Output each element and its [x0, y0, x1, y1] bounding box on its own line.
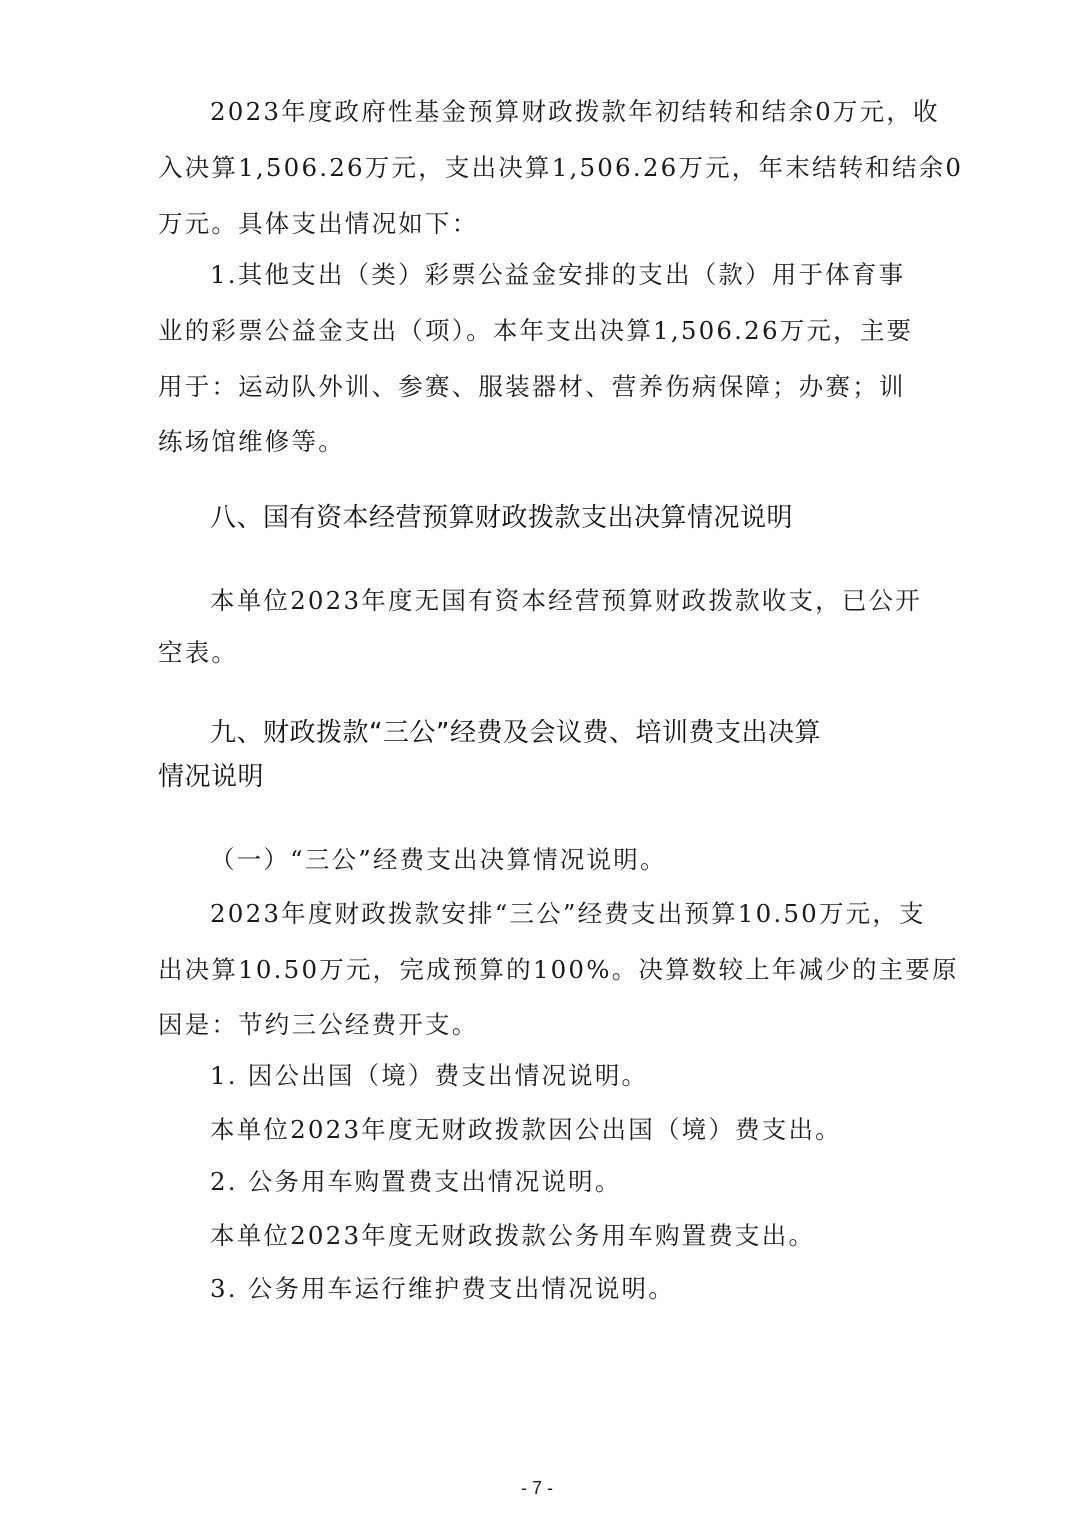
paragraph-line: 用于：运动队外训、参赛、服装器材、营养伤病保障；办赛；训 [158, 370, 906, 404]
paragraph-line: 2023年度政府性基金预算财政拨款年初结转和结余0万元，收 [210, 95, 940, 129]
paragraph-line: 1.其他支出（类）彩票公益金安排的支出（款）用于体育事 [210, 258, 905, 292]
paragraph-line: 本单位2023年度无财政拨款因公出国（境）费支出。 [210, 1113, 842, 1147]
paragraph-line: 入决算1,506.26万元，支出决算1,506.26万元，年末结转和结余0 [158, 151, 963, 185]
paragraph-line: 万元。具体支出情况如下： [158, 207, 478, 241]
paragraph-line: 练场馆维修等。 [158, 425, 345, 459]
paragraph-line: 业的彩票公益金支出（项）。本年支出决算1,506.26万元，主要 [158, 314, 913, 348]
paragraph-line: （一）“三公”经费支出决算情况说明。 [210, 843, 667, 877]
page-number: - 7 - [0, 1478, 1074, 1499]
section-heading: 九、财政拨款“三公”经费及会议费、培训费支出决算 [210, 716, 821, 750]
paragraph-line: 空表。 [158, 636, 238, 670]
section-heading: 情况说明 [158, 760, 264, 794]
paragraph-line: 本单位2023年度无财政拨款公务用车购置费支出。 [210, 1219, 815, 1253]
paragraph-line: 3. 公务用车运行维护费支出情况说明。 [210, 1272, 675, 1306]
paragraph-line: 因是：节约三公经费开支。 [158, 1008, 478, 1042]
paragraph-line: 本单位2023年度无国有资本经营预算财政拨款收支，已公开 [210, 584, 922, 618]
paragraph-line: 2023年度财政拨款安排“三公”经费支出预算10.50万元，支 [210, 897, 926, 931]
section-heading: 八、国有资本经营预算财政拨款支出决算情况说明 [210, 501, 793, 535]
paragraph-line: 2. 公务用车购置费支出情况说明。 [210, 1165, 622, 1199]
paragraph-line: 出决算10.50万元，完成预算的100%。决算数较上年减少的主要原 [158, 953, 959, 987]
paragraph-line: 1. 因公出国（境）费支出情况说明。 [210, 1059, 648, 1093]
